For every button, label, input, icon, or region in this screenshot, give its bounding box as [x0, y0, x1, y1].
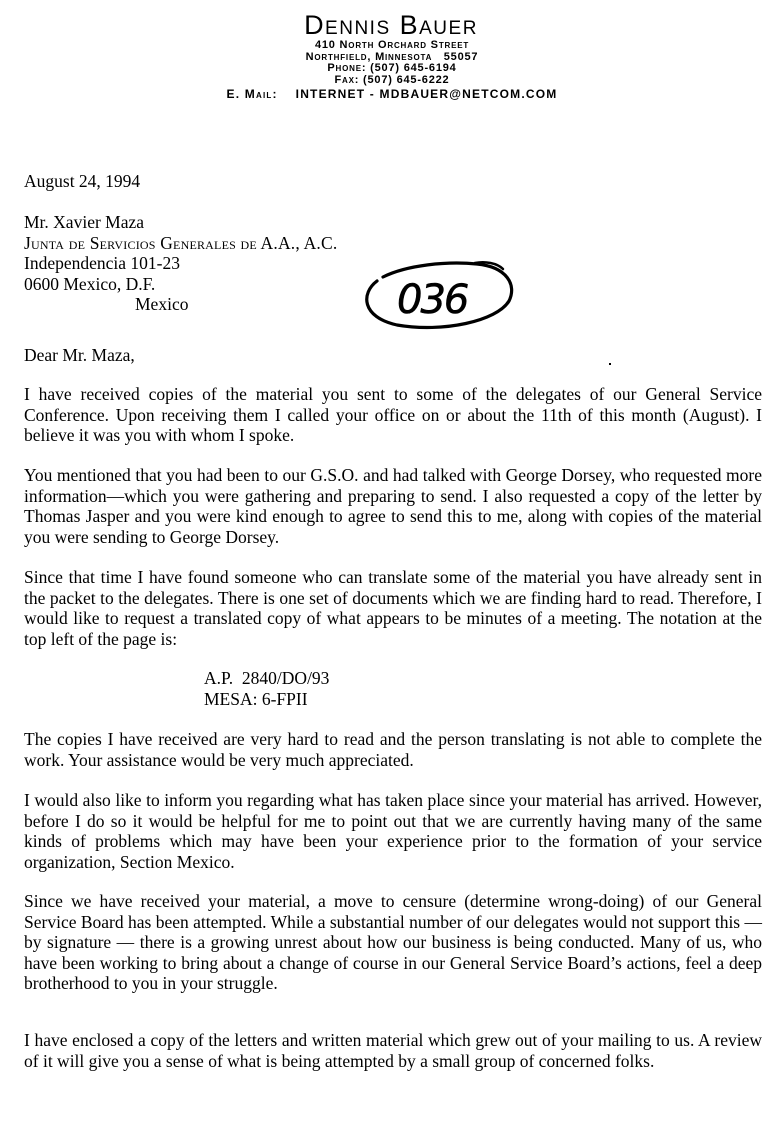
sender-email: E. Mail:INTERNET - MDBAUER@NETCOM.COM: [0, 87, 784, 101]
sender-name: Dennis Bauer: [0, 10, 784, 40]
sender-fax: Fax: (507) 645-6222: [0, 75, 784, 87]
letter-date: August 24, 1994: [24, 171, 140, 192]
document-notation: A.P. 2840/DO/93 MESA: 6-FPII: [204, 668, 329, 709]
letterhead: Dennis Bauer 410 North Orchard Street No…: [0, 10, 784, 101]
handwritten-number-stamp: 036: [357, 259, 517, 331]
notation-line-2: MESA: 6-FPII: [204, 689, 329, 710]
paragraph-text: Since that time I have found someone who…: [24, 567, 762, 649]
scan-speck: [609, 363, 611, 365]
salutation: Dear Mr. Maza,: [24, 345, 135, 366]
sender-street: 410 North Orchard Street: [0, 40, 784, 52]
paragraph-6: Since we have received your material, a …: [24, 891, 762, 994]
recipient-street: Independencia 101-23: [24, 253, 337, 274]
paragraph-3: Since that time I have found someone who…: [24, 567, 762, 649]
recipient-city: 0600 Mexico, D.F.: [24, 274, 337, 295]
paragraph-text: I have enclosed a copy of the letters an…: [24, 1030, 762, 1071]
paragraph-4: The copies I have received are very hard…: [24, 729, 762, 770]
recipient-country: Mexico: [24, 294, 337, 315]
paragraph-text: The copies I have received are very hard…: [24, 729, 762, 770]
sender-phone: Phone: (507) 645-6194: [0, 63, 784, 75]
paragraph-5: I would also like to inform you regardin…: [24, 790, 762, 872]
paragraph-2: You mentioned that you had been to our G…: [24, 465, 762, 547]
paragraph-1: I have received copies of the material y…: [24, 384, 762, 446]
paragraph-text: I would also like to inform you regardin…: [24, 790, 762, 872]
email-value: INTERNET - MDBAUER@NETCOM.COM: [296, 87, 558, 101]
recipient-organization: Junta de Servicios Generales de A.A., A.…: [24, 233, 337, 254]
paragraph-text: Since we have received your material, a …: [24, 891, 762, 994]
recipient-address: Mr. Xavier Maza Junta de Servicios Gener…: [24, 212, 337, 315]
notation-line-1: A.P. 2840/DO/93: [204, 668, 329, 689]
paragraph-7: I have enclosed a copy of the letters an…: [24, 1030, 762, 1071]
paragraph-text: I have received copies of the material y…: [24, 384, 762, 446]
stamp-number: 036: [397, 277, 468, 323]
paragraph-text: You mentioned that you had been to our G…: [24, 465, 762, 547]
recipient-name: Mr. Xavier Maza: [24, 212, 337, 233]
email-label: E. Mail:: [227, 87, 278, 101]
